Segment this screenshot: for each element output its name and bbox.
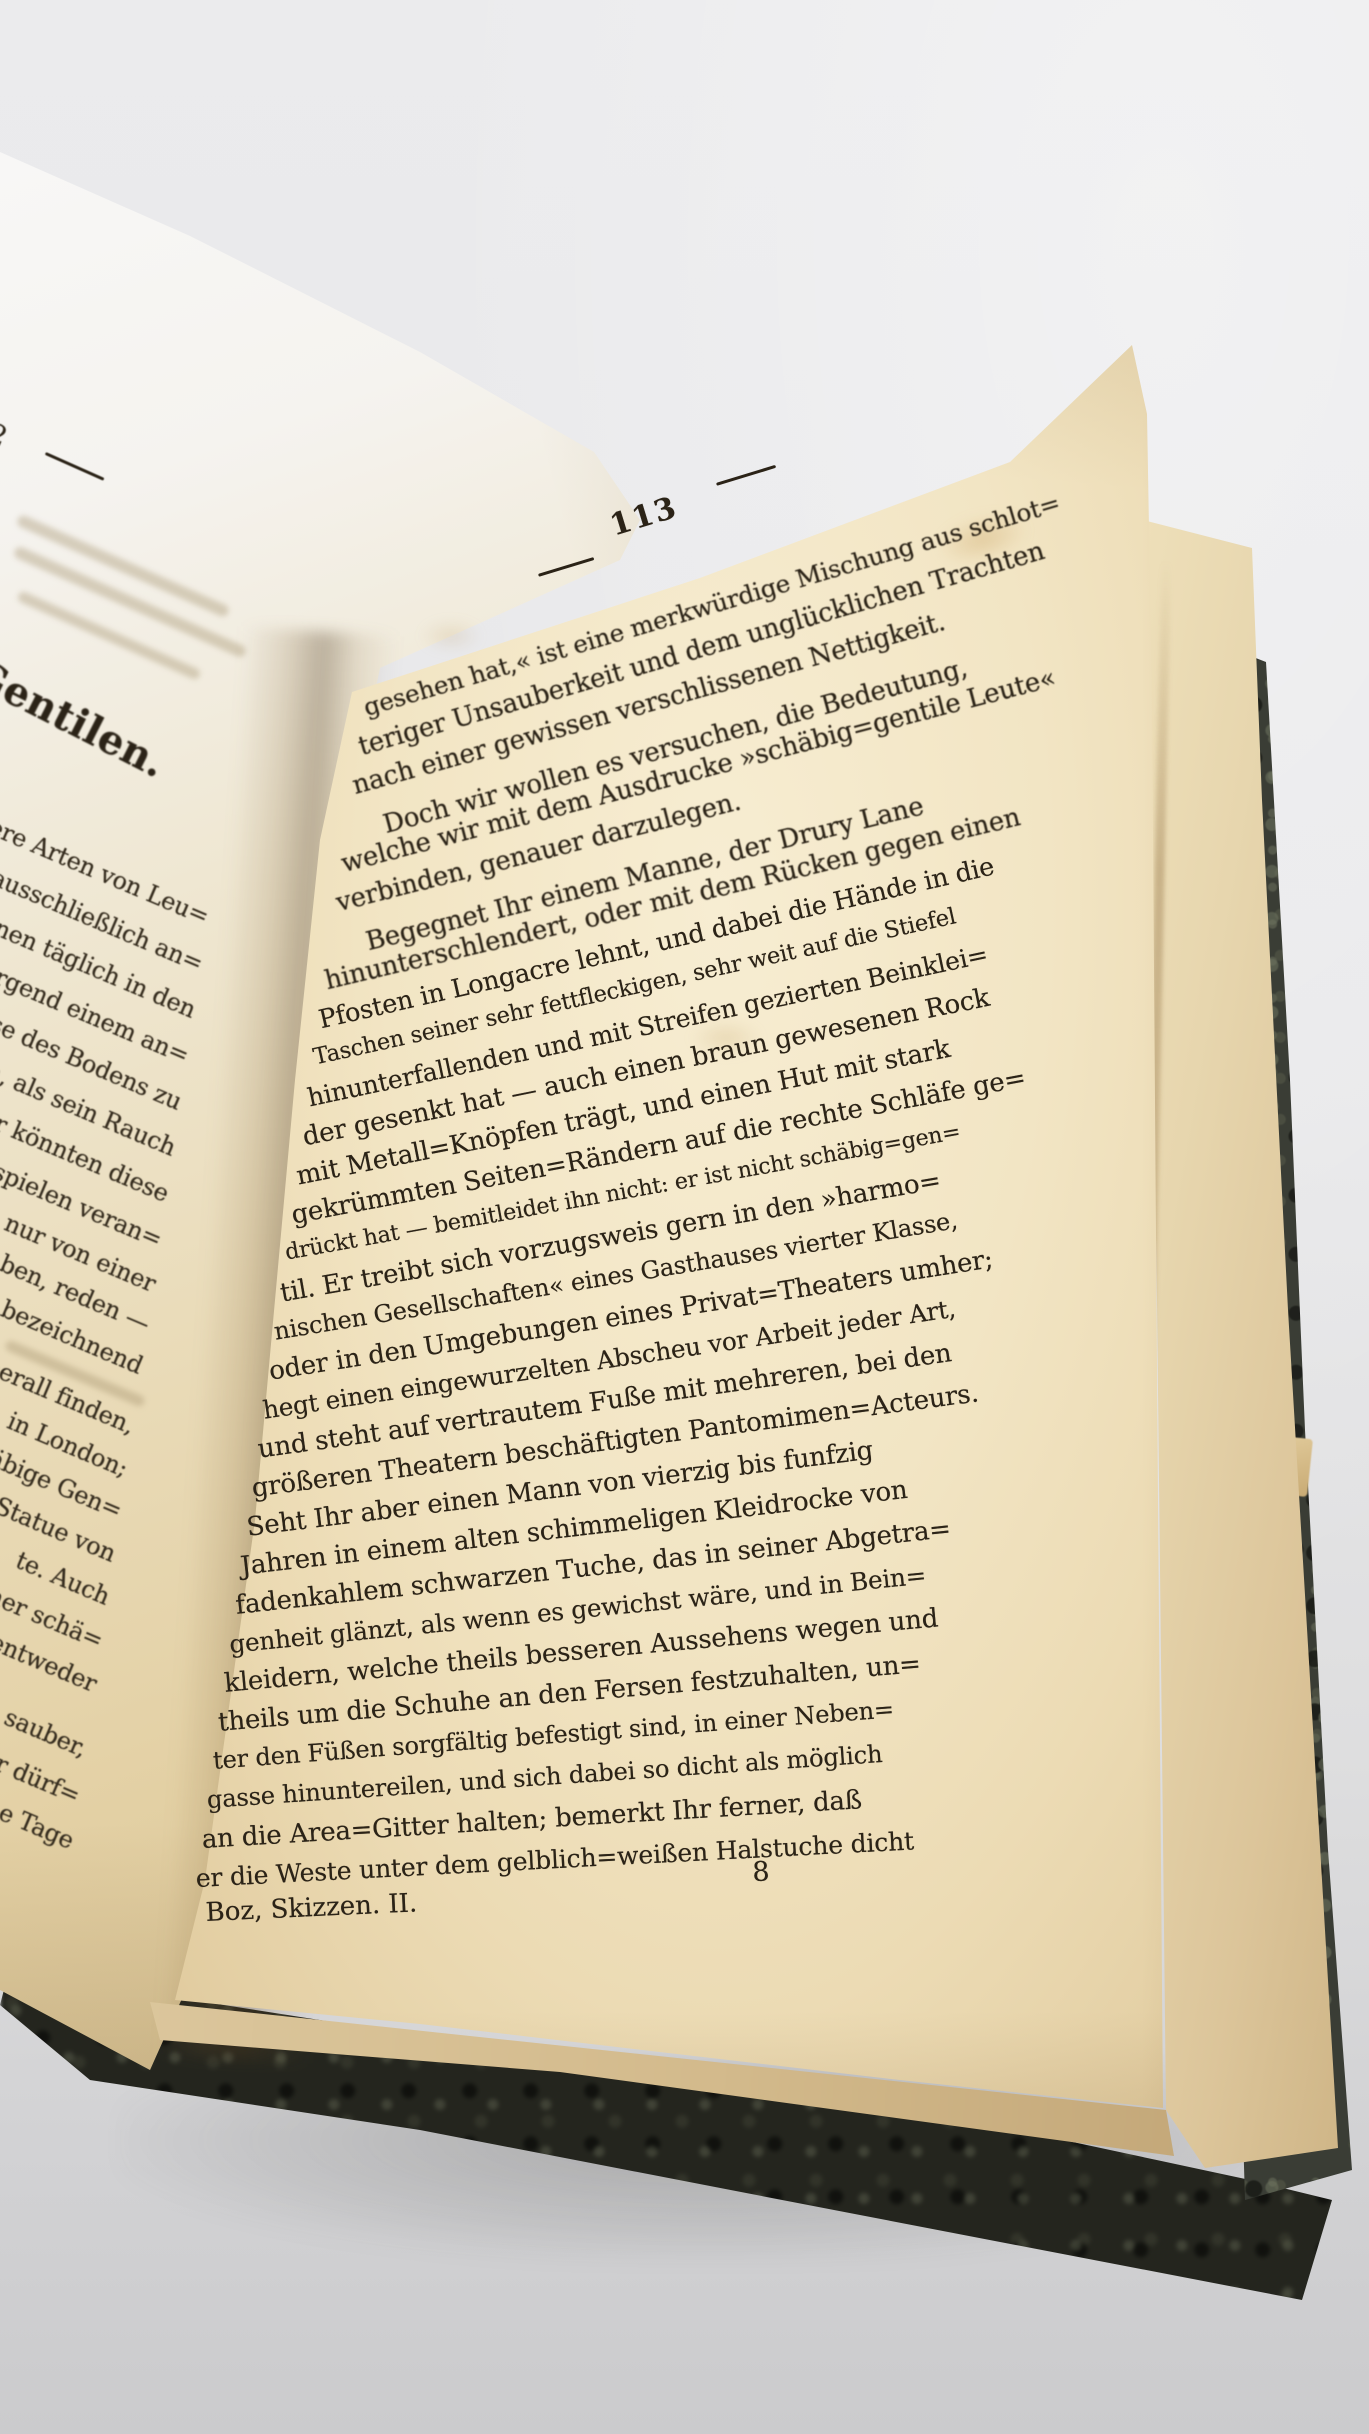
foxing-stain	[420, 620, 482, 652]
header-rule	[716, 465, 776, 486]
signature-mark: 8	[752, 1856, 771, 1888]
open-book-photo: 2 Gentilen. rere Arten von Leu=ausschlie…	[0, 0, 1369, 2434]
